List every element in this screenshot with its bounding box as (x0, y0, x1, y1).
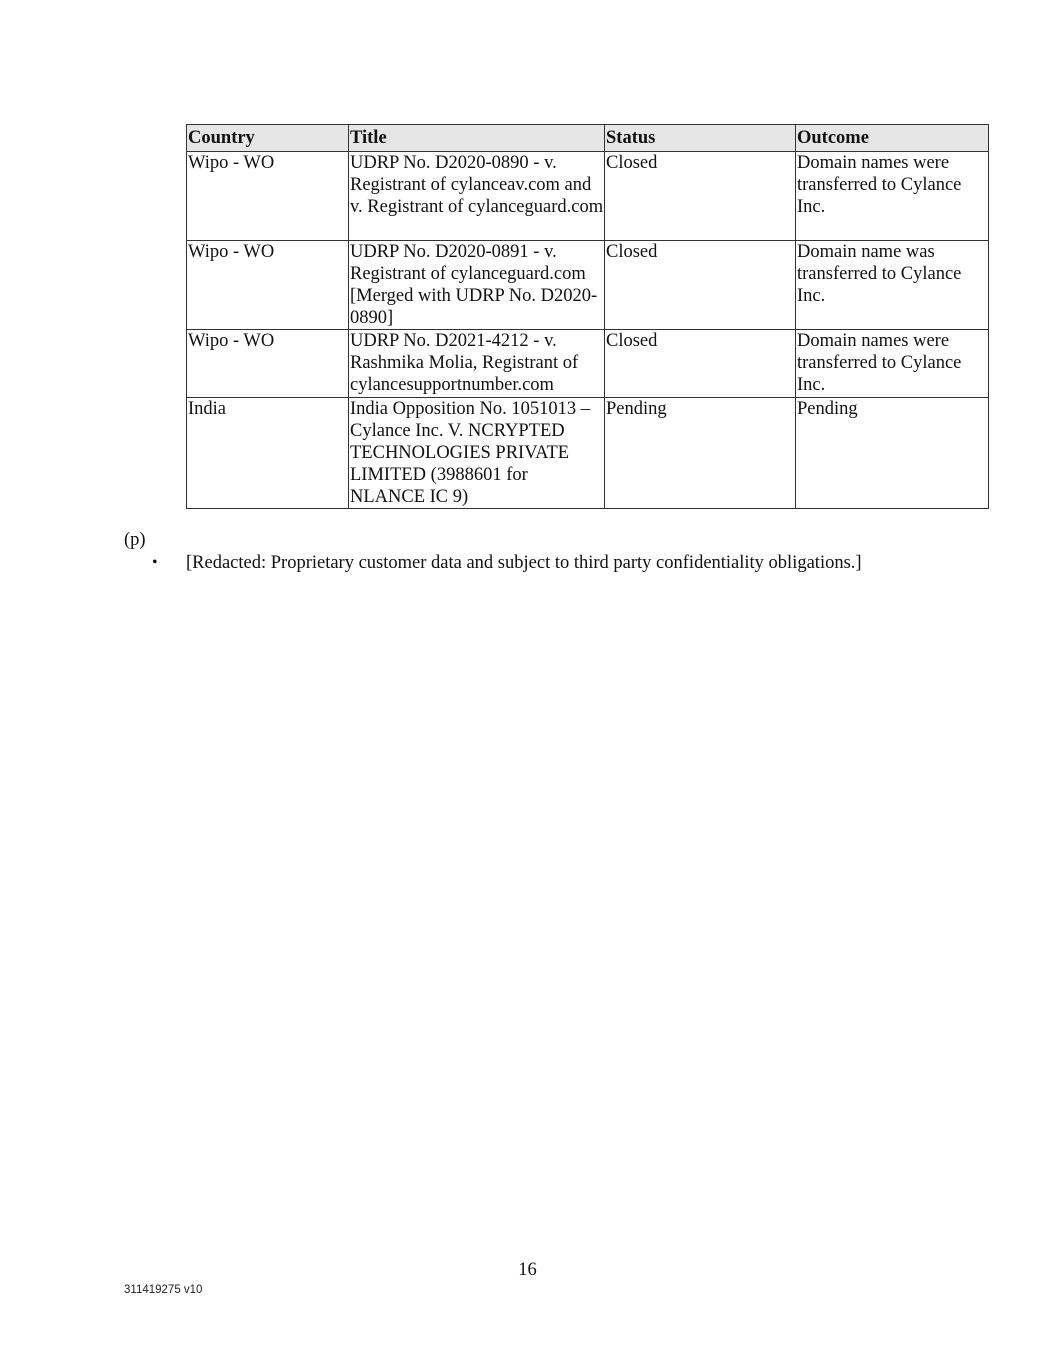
table-header-row: Country Title Status Outcome (187, 125, 989, 152)
cell-outcome: Domain name was transferred to Cylance I… (796, 241, 989, 330)
cell-country: Wipo - WO (187, 330, 349, 398)
cell-title: UDRP No. D2021-4212 - v. Rashmika Molia,… (349, 330, 605, 398)
header-country: Country (187, 125, 349, 152)
cell-status: Closed (605, 152, 796, 241)
header-title: Title (349, 125, 605, 152)
cell-country: Wipo - WO (187, 241, 349, 330)
bullet-list-item: • [Redacted: Proprietary customer data a… (152, 552, 862, 574)
cell-country: India (187, 398, 349, 509)
cell-title: UDRP No. D2020-0891 - v. Registrant of c… (349, 241, 605, 330)
cell-status: Closed (605, 241, 796, 330)
table-row: Wipo - WO UDRP No. D2020-0891 - v. Regis… (187, 241, 989, 330)
header-status: Status (605, 125, 796, 152)
document-page: Country Title Status Outcome Wipo - WO U… (0, 0, 1055, 1365)
document-id: 311419275 v10 (124, 1284, 202, 1296)
cell-outcome: Domain names were transferred to Cylance… (796, 152, 989, 241)
cell-outcome: Pending (796, 398, 989, 509)
table-row: Wipo - WO UDRP No. D2020-0890 - v. Regis… (187, 152, 989, 241)
section-label: (p) (124, 529, 146, 551)
cell-status: Closed (605, 330, 796, 398)
cell-status: Pending (605, 398, 796, 509)
cell-country: Wipo - WO (187, 152, 349, 241)
cell-title: India Opposition No. 1051013 – Cylance I… (349, 398, 605, 509)
table-row: India India Opposition No. 1051013 – Cyl… (187, 398, 989, 509)
page-number: 16 (0, 1260, 1055, 1281)
redacted-notice: [Redacted: Proprietary customer data and… (186, 552, 862, 574)
header-outcome: Outcome (796, 125, 989, 152)
cell-outcome: Domain names were transferred to Cylance… (796, 330, 989, 398)
bullet-icon: • (152, 552, 186, 574)
cases-table: Country Title Status Outcome Wipo - WO U… (186, 124, 989, 509)
cell-title: UDRP No. D2020-0890 - v. Registrant of c… (349, 152, 605, 241)
table-row: Wipo - WO UDRP No. D2021-4212 - v. Rashm… (187, 330, 989, 398)
